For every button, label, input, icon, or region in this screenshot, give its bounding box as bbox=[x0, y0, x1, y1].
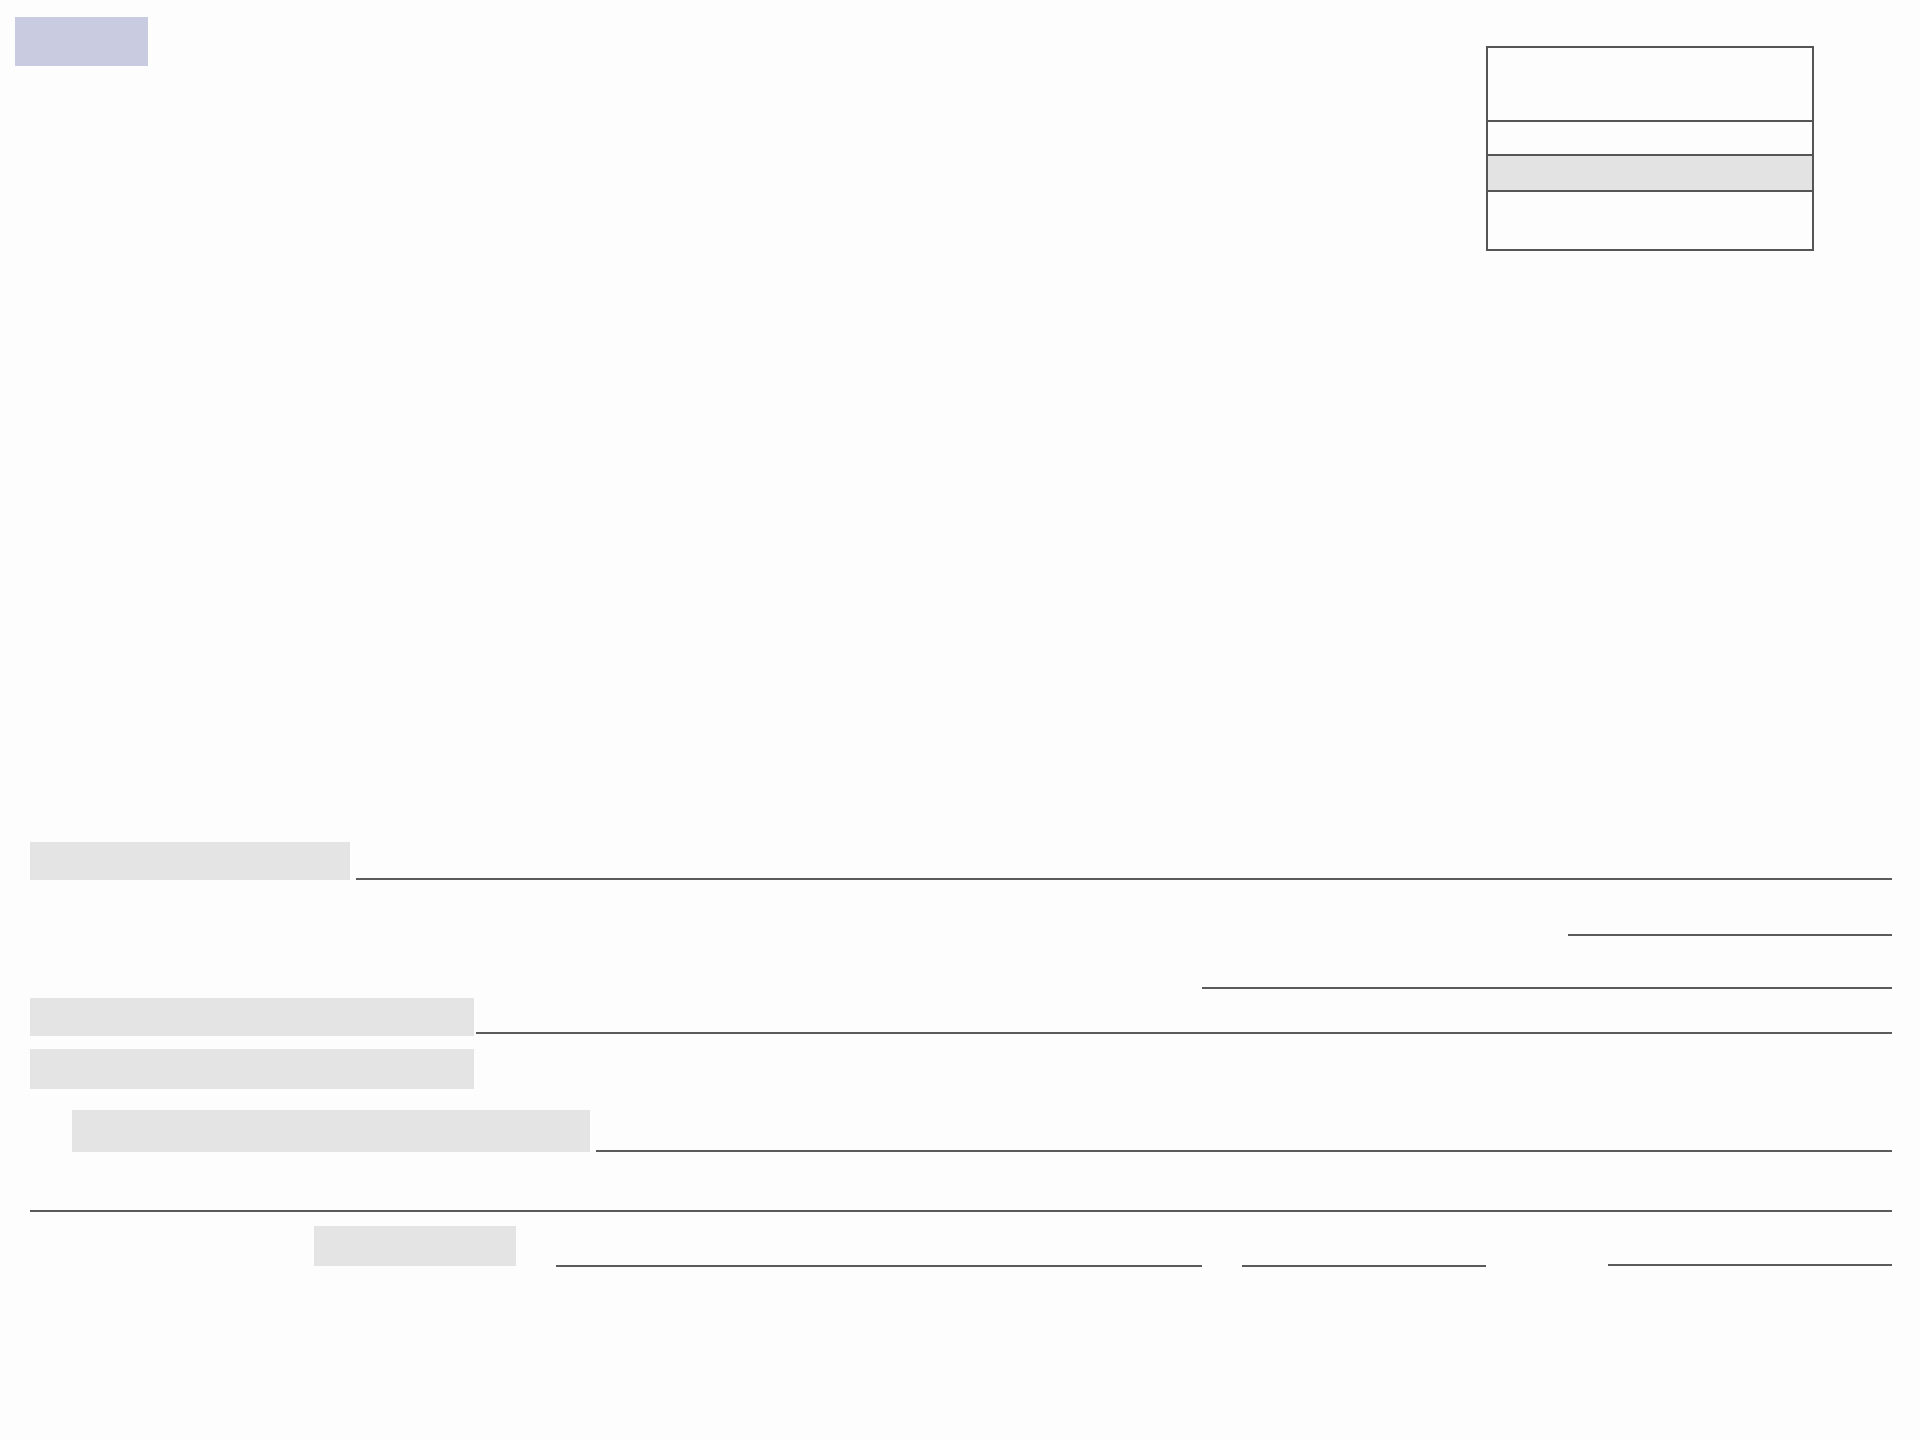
manual-gearbox-notes-input[interactable] bbox=[1568, 934, 1892, 936]
logo-background bbox=[15, 17, 148, 66]
engine-remarks-label bbox=[30, 842, 350, 880]
auto-remarks-label bbox=[30, 1049, 474, 1089]
removed-parts-input[interactable] bbox=[596, 1150, 1892, 1152]
manual-remarks-label bbox=[30, 998, 474, 1036]
engine-remarks-input[interactable] bbox=[356, 878, 1892, 880]
car-number-field[interactable] bbox=[1486, 46, 1814, 122]
footer-divider bbox=[30, 1210, 1892, 1212]
car-number-label bbox=[1486, 120, 1814, 156]
manual-remarks-input[interactable] bbox=[476, 1032, 1892, 1034]
auto-gearbox-notes-input[interactable] bbox=[1202, 987, 1892, 989]
tester-name-input[interactable] bbox=[556, 1265, 1202, 1267]
tested-by-label bbox=[314, 1226, 516, 1266]
odometer-label bbox=[1486, 154, 1814, 192]
removed-parts-label bbox=[72, 1110, 590, 1152]
date-input[interactable] bbox=[1608, 1264, 1892, 1266]
odometer-value[interactable] bbox=[1486, 190, 1814, 251]
signature-input[interactable] bbox=[1242, 1265, 1486, 1267]
